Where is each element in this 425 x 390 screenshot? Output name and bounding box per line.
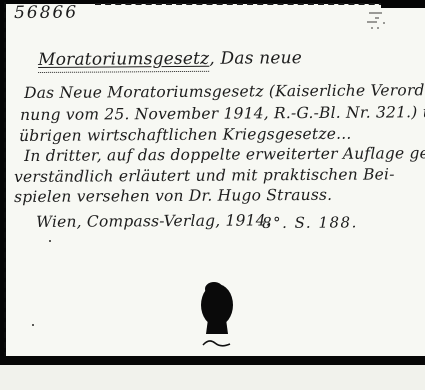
title-line: Moratoriumsgesetz, Das neue <box>38 48 302 70</box>
body-line: Das Neue Moratoriumsgesetz (Kaiserliche … <box>24 81 425 102</box>
body-line: verständlich erläutert und mit praktisch… <box>14 165 395 186</box>
scan-lower-strip <box>0 365 425 390</box>
scan-edge-left <box>4 2 9 358</box>
pencil-mark <box>367 21 377 23</box>
scan-edge-top <box>95 3 395 5</box>
imprint-format-pages: 8°. S. 188. <box>262 213 358 232</box>
scanned-catalog-card-image: 56866 Moratoriumsgesetz, Das neue Das Ne… <box>0 0 425 390</box>
ink-blot <box>190 275 250 355</box>
pencil-mark <box>375 17 379 19</box>
card-bottom-edge <box>0 356 425 365</box>
pencil-mark <box>369 12 382 14</box>
call-number: 56866 <box>14 3 78 23</box>
title-heading-rest: , Das neue <box>209 48 302 69</box>
title-heading-underlined: Moratoriumsgesetz <box>38 49 209 73</box>
paper-speck <box>32 324 34 326</box>
pencil-mark <box>377 27 379 29</box>
body-line: nung vom 25. November 1914, R.-G.-Bl. Nr… <box>20 103 425 124</box>
pencil-mark <box>371 27 373 29</box>
pencil-mark <box>383 22 385 24</box>
body-line: übrigen wirtschaftlichen Kriegsgesetze..… <box>19 125 352 145</box>
scan-corner-top-right <box>381 0 425 8</box>
body-line: In dritter, auf das doppelte erweiterter… <box>24 144 425 165</box>
body-line: spielen versehen von Dr. Hugo Strauss. <box>14 186 332 206</box>
paper-speck <box>49 240 51 242</box>
imprint-place-publisher-year: Wien, Compass-Verlag, 1914. <box>36 211 271 231</box>
